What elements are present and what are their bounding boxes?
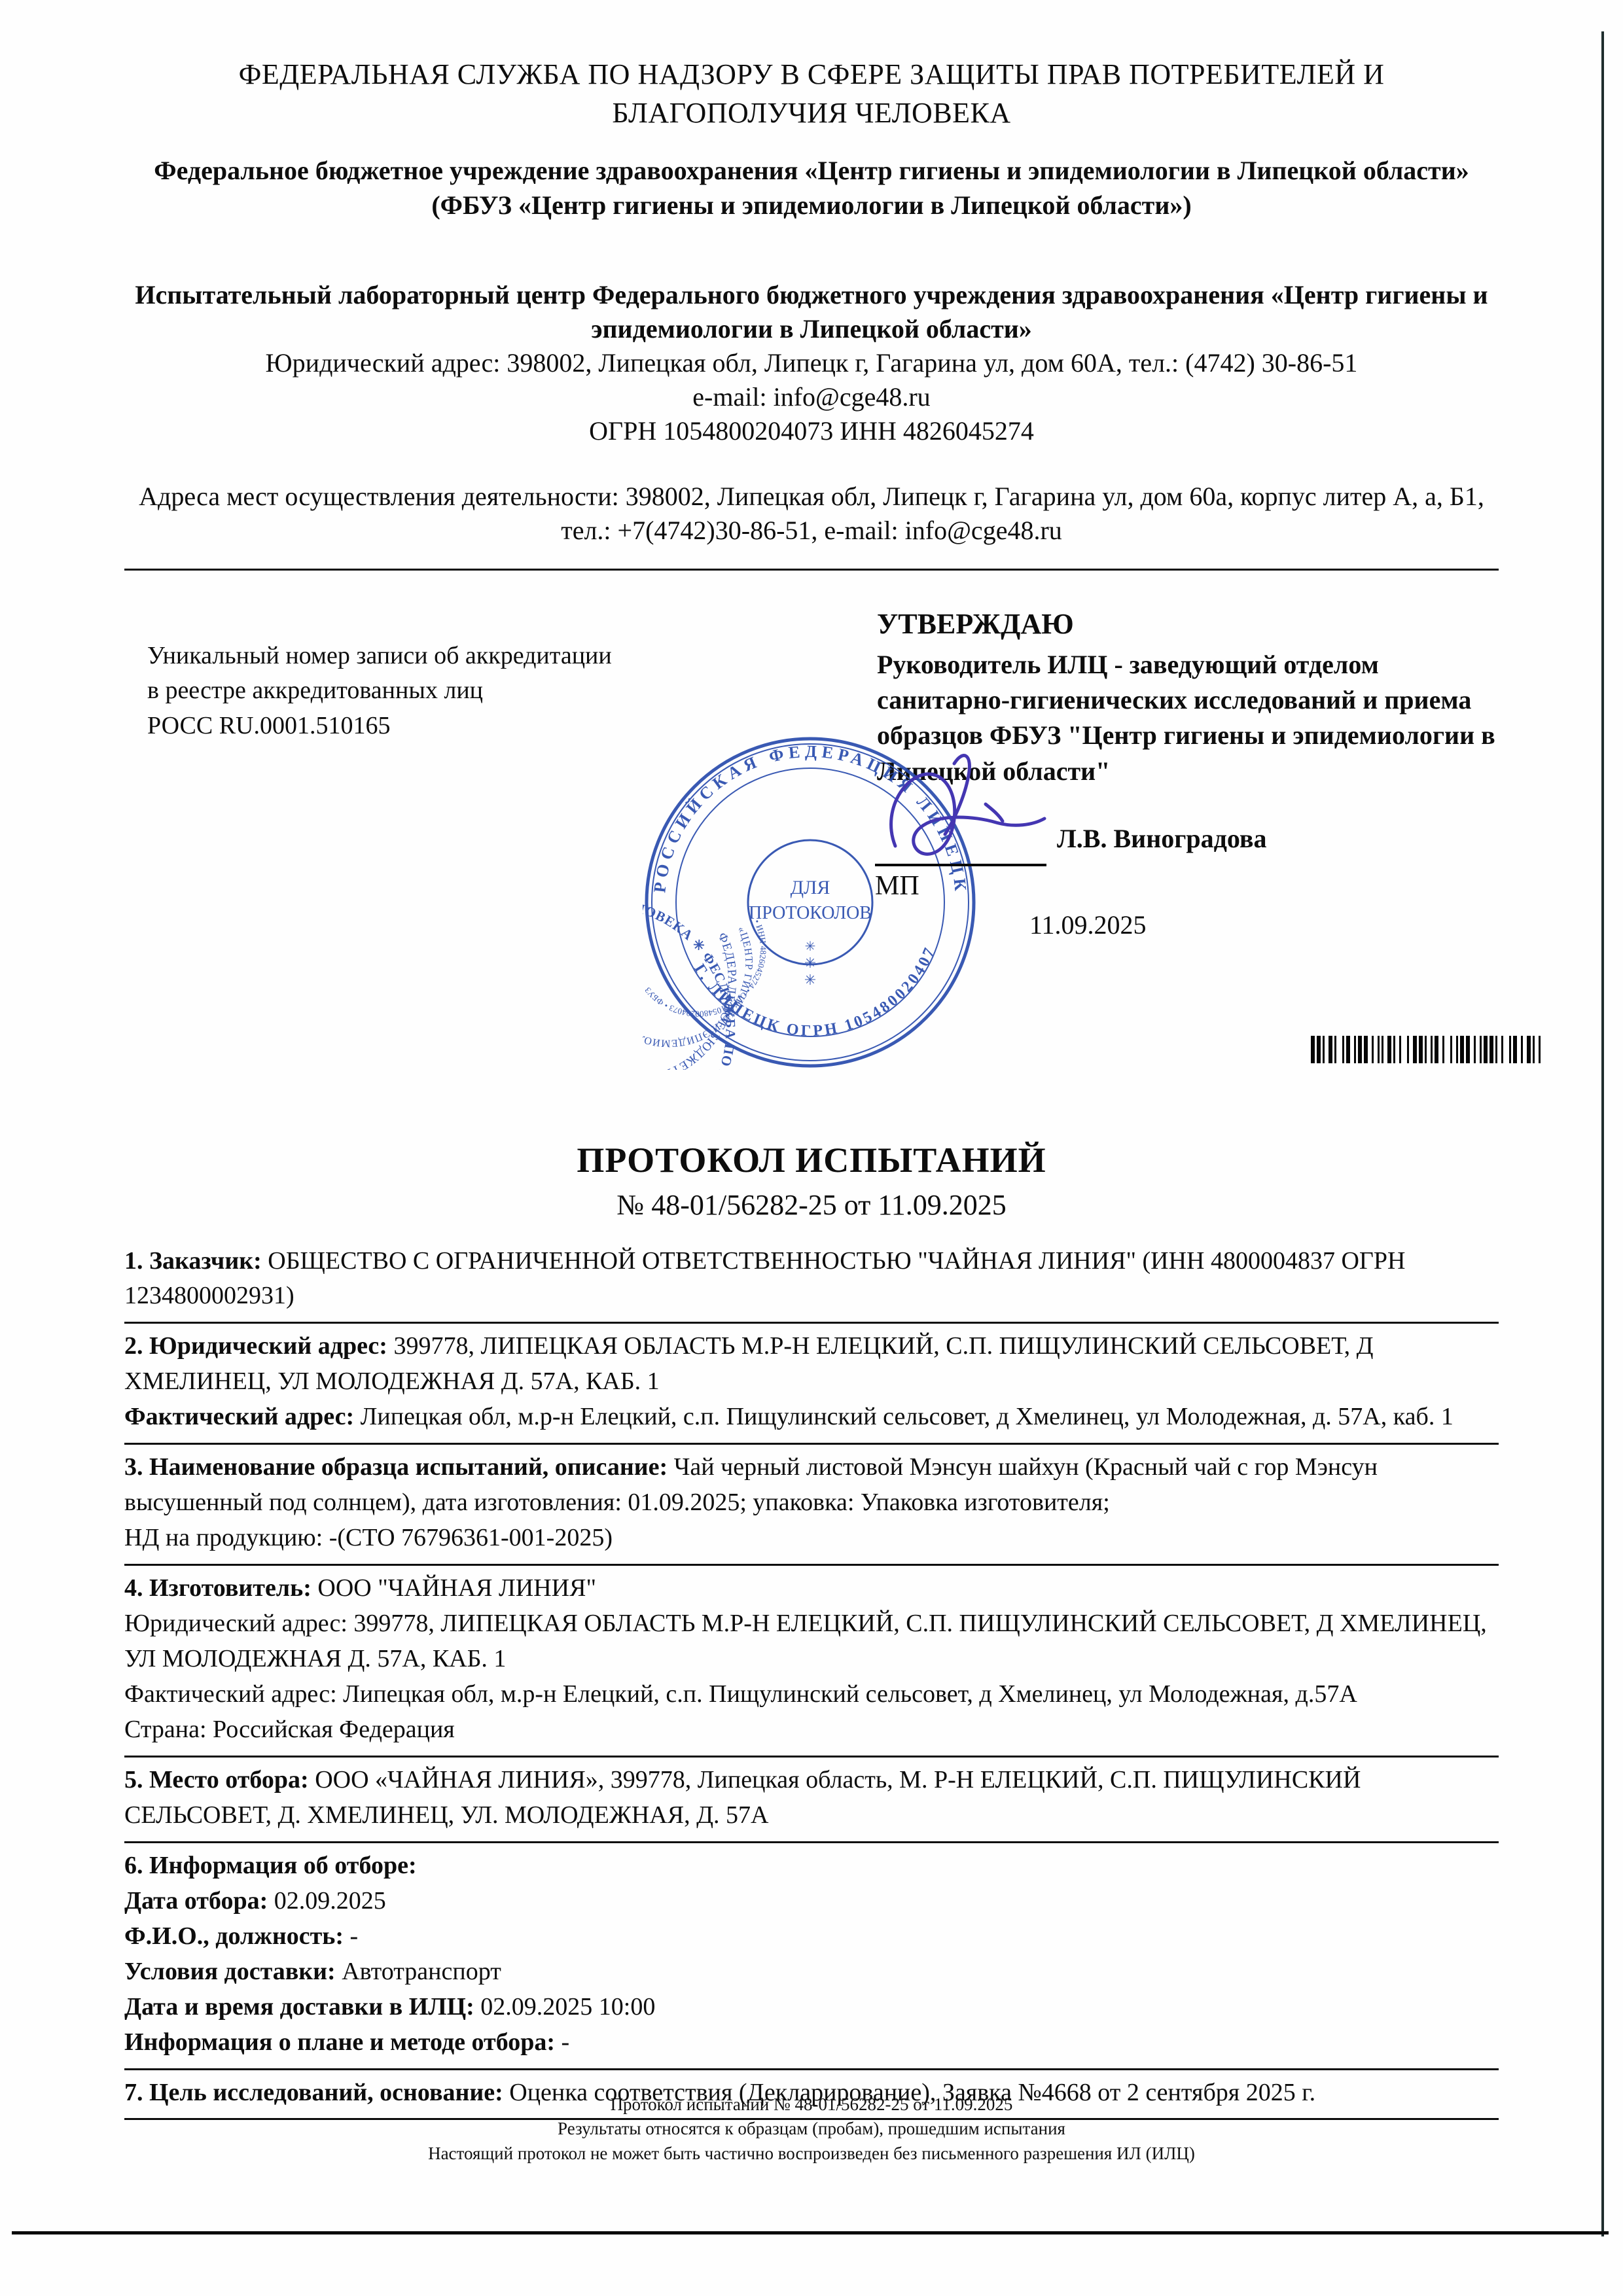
section-sampling-info: 6. Информация об отборе: Дата отбора: 02… (124, 1843, 1499, 2070)
section3-nd: НД на продукцию: -(СТО 76796361-001-2025… (124, 1524, 613, 1551)
fio-label: Ф.И.О., должность: (124, 1922, 344, 1950)
approval-date: 11.09.2025 (1029, 910, 1147, 940)
section1-label: 1. Заказчик: (124, 1247, 262, 1275)
section5-text: ООО «ЧАЙНАЯ ЛИНИЯ», 399778, Липецкая обл… (124, 1766, 1361, 1829)
header-divider (124, 569, 1499, 571)
delivery-datetime-value: 02.09.2025 10:00 (474, 1993, 656, 2021)
scan-edge-right (1601, 31, 1604, 2236)
section4-country: Страна: Российская Федерация (124, 1716, 455, 1743)
section4-fact: Фактический адрес: Липецкая обл, м.р-н Е… (124, 1680, 1357, 1708)
section-sample: 3. Наименование образца испытаний, описа… (124, 1445, 1499, 1566)
section2-fact-label: Фактический адрес: (124, 1403, 354, 1430)
accreditation-number-block: Уникальный номер записи об аккредитации … (147, 639, 749, 745)
stamp-place-label: МП (875, 870, 919, 902)
delivery-datetime-label: Дата и время доставки в ИЛЦ: (124, 1993, 474, 2021)
stamp-star1: ✳ (805, 940, 816, 954)
footer-copy-note: Настоящий протокол не может быть частичн… (0, 2142, 1623, 2166)
document-number: № 48-01/56282-25 от 11.09.2025 (124, 1188, 1499, 1222)
stamp-star3: ✳ (804, 972, 816, 988)
barcode (1311, 1036, 1541, 1063)
protocol-document: ФЕДЕРАЛЬНАЯ СЛУЖБА ПО НАДЗОРУ В СФЕРЕ ЗА… (0, 0, 1623, 2296)
laboratory-center-name: Испытательный лабораторный центр Федерал… (124, 278, 1499, 346)
section4-legal: Юридический адрес: 399778, ЛИПЕЦКАЯ ОБЛА… (124, 1610, 1487, 1672)
footer-protocol-ref: Протокол испытаний № 48-01/56282-25 от 1… (0, 2093, 1623, 2117)
federal-service-name: ФЕДЕРАЛЬНАЯ СЛУЖБА ПО НАДЗОРУ В СФЕРЕ ЗА… (124, 56, 1499, 133)
organization-name: Федеральное бюджетное учреждение здравоо… (124, 154, 1499, 223)
section5-label: 5. Место отбора: (124, 1766, 309, 1793)
delivery-conditions-value: Автотранспорт (336, 1958, 501, 1985)
stamp-star2: ✳ (804, 955, 816, 971)
section-customer: 1. Заказчик: ОБЩЕСТВО С ОГРАНИЧЕННОЙ ОТВ… (124, 1239, 1499, 1324)
section-legal-address: 2. Юридический адрес: 399778, ЛИПЕЦКАЯ О… (124, 1324, 1499, 1445)
sampling-plan-label: Информация о плане и методе отбора: (124, 2028, 555, 2056)
email: e-mail: info@cge48.ru (124, 380, 1499, 414)
sampling-date-label: Дата отбора: (124, 1887, 268, 1915)
stamp-center-line2: ПРОТОКОЛОВ (749, 903, 872, 923)
approval-area: Уникальный номер записи об аккредитации … (124, 607, 1499, 1125)
legal-address: Юридический адрес: 398002, Липецкая обл,… (124, 346, 1499, 380)
signature-line (875, 864, 1046, 866)
section3-label: 3. Наименование образца испытаний, описа… (124, 1453, 668, 1481)
document-header: ФЕДЕРАЛЬНАЯ СЛУЖБА ПО НАДЗОРУ В СФЕРЕ ЗА… (124, 56, 1499, 548)
scan-edge-bottom (12, 2231, 1609, 2234)
section4-label: 4. Изготовитель: (124, 1574, 312, 1602)
ogrn-inn: ОГРН 1054800204073 ИНН 4826045274 (124, 414, 1499, 448)
stamp-center-line1: ДЛЯ (791, 877, 830, 898)
section-manufacturer: 4. Изготовитель: ООО "ЧАЙНАЯ ЛИНИЯ" Юрид… (124, 1566, 1499, 1757)
section2-fact-text: Липецкая обл, м.р-н Елецкий, с.п. Пищули… (354, 1403, 1454, 1430)
sections-table: 1. Заказчик: ОБЩЕСТВО С ОГРАНИЧЕННОЙ ОТВ… (124, 1239, 1499, 2121)
approve-title: УТВЕРЖДАЮ (877, 607, 1499, 641)
accreditation-line2: в реестре аккредитованных лиц (147, 673, 749, 709)
section1-text: ОБЩЕСТВО С ОГРАНИЧЕННОЙ ОТВЕТСТВЕННОСТЬЮ… (124, 1247, 1405, 1310)
footer-results-note: Результаты относятся к образцам (пробам)… (0, 2117, 1623, 2141)
document-title: ПРОТОКОЛ ИСПЫТАНИЙ (124, 1140, 1499, 1180)
signer-name: Л.В. Виноградова (1057, 823, 1267, 854)
sampling-plan-value: - (555, 2028, 569, 2056)
delivery-conditions-label: Условия доставки: (124, 1958, 336, 1985)
accreditation-line1: Уникальный номер записи об аккредитации (147, 639, 749, 674)
section6-label: 6. Информация об отборе: (124, 1852, 417, 1879)
section2-label: 2. Юридический адрес: (124, 1332, 387, 1360)
sampling-date-value: 02.09.2025 (268, 1887, 386, 1915)
activity-addresses: Адреса мест осуществления деятельности: … (124, 480, 1499, 548)
signature (870, 741, 1080, 879)
section-sampling-place: 5. Место отбора: ООО «ЧАЙНАЯ ЛИНИЯ», 399… (124, 1757, 1499, 1843)
document-content: ФЕДЕРАЛЬНАЯ СЛУЖБА ПО НАДЗОРУ В СФЕРЕ ЗА… (124, 0, 1499, 2120)
page-footer: Протокол испытаний № 48-01/56282-25 от 1… (0, 2093, 1623, 2166)
section4-text: ООО "ЧАЙНАЯ ЛИНИЯ" (312, 1574, 596, 1602)
fio-value: - (344, 1922, 358, 1950)
